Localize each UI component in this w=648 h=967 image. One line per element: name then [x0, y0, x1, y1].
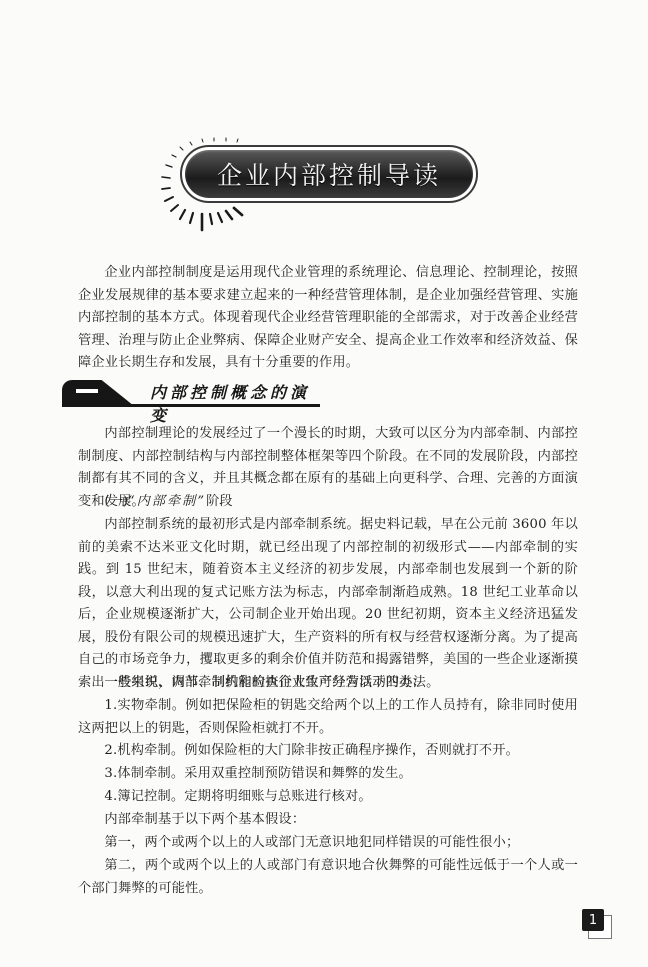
subsection-title: “内部牵制”	[128, 494, 206, 509]
subsection-heading: (一)“内部牵制”阶段	[78, 491, 578, 514]
paragraph-assumptions-intro: 内部牵制基于以下两个基本假设：	[78, 809, 578, 832]
list-item-physical: 1.实物牵制。例如把保险柜的钥匙交给两个以上的工作人员持有，除非同时使用这两把以…	[78, 695, 578, 740]
section-title: 内部控制概念的演变	[150, 380, 322, 426]
subsection-suffix: 阶段	[206, 494, 232, 509]
assumption-second: 第二，两个或两个以上的人或部门有意识地合伙舞弊的可能性远低于一个人或一个部门舞弊…	[78, 855, 578, 900]
title-badge-fill: 企业内部控制导读	[185, 150, 473, 198]
title-badge-frame: 企业内部控制导读	[180, 145, 478, 203]
subsection-number: (一)	[104, 494, 127, 509]
book-page: 企业内部控制导读 企业内部控制制度是运用现代企业管理的系统理论、信息理论、控制理…	[0, 0, 648, 967]
intro-paragraph: 企业内部控制制度是运用现代企业管理的系统理论、信息理论、控制理论，按照企业发展规…	[78, 262, 578, 375]
list-item-bookkeeping: 4.簿记控制。定期将明细账与总账进行核对。	[78, 786, 578, 809]
list-item-organizational: 2.机构牵制。例如保险柜的大门除非按正确程序操作，否则就打不开。	[78, 740, 578, 763]
section-number-glyph	[76, 389, 98, 393]
chapter-title-badge: 企业内部控制导读	[150, 135, 480, 235]
page-number: 1	[582, 909, 604, 931]
paragraph-history: 内部控制系统的最初形式是内部牵制系统。据史料记载，早在公元前 3600 年以前的…	[78, 514, 578, 694]
assumption-first: 第一，两个或两个以上的人或部门无意识地犯同样错误的可能性很小；	[78, 832, 578, 855]
page-number-badge: 1	[582, 909, 612, 939]
section-number-tab	[62, 380, 134, 406]
chapter-title: 企业内部控制导读	[217, 156, 441, 192]
section-header: 内部控制概念的演变	[62, 380, 322, 408]
list-item-system: 3.体制牵制。采用双重控制预防错误和舞弊的发生。	[78, 763, 578, 786]
paragraph-four-types-intro: 一般来说，内部牵制机能的执行大致可分为以下四类：	[78, 672, 578, 695]
